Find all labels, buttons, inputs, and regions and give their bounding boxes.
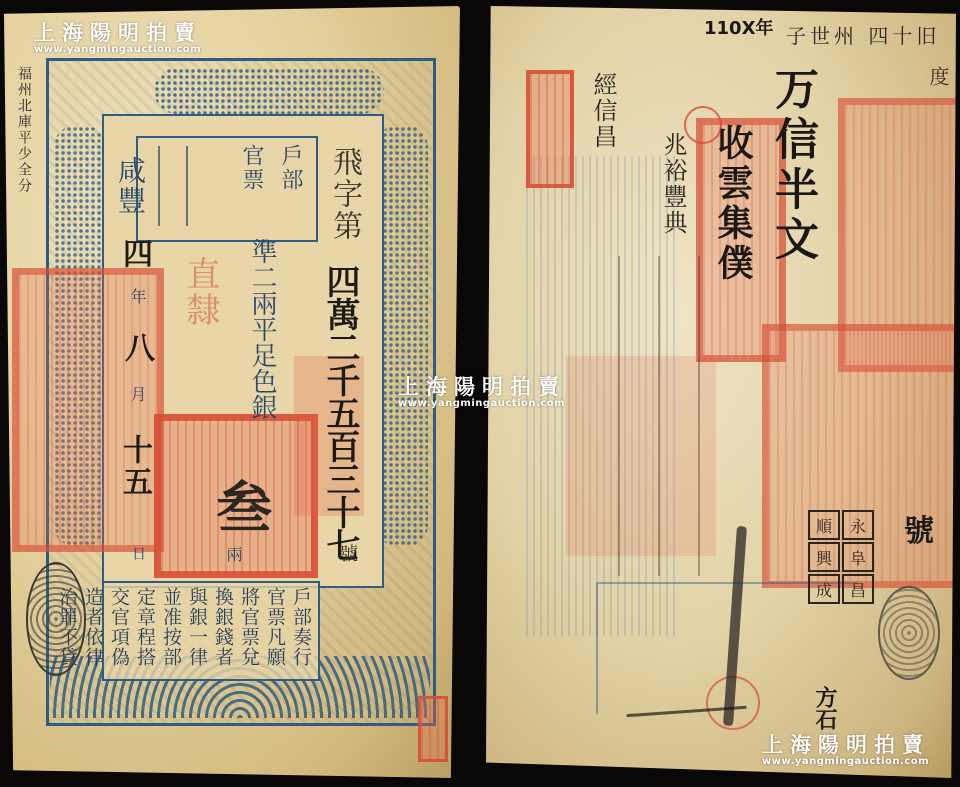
- left-note: 經信昌: [586, 72, 621, 150]
- edict-column: 戶部奏行: [288, 587, 314, 675]
- black-oval-seal-back: [878, 586, 940, 680]
- watermark-top-left: 上海陽明拍賣 www.yangmingauction.com: [34, 22, 202, 55]
- era-month: 八: [114, 332, 158, 364]
- stamp-char: 阜: [842, 542, 874, 572]
- edict-text-box: 戶部奏行 官票凡願 將官票兌 換銀錢者 與銀一律 並准按部 定章程搭 交官項偽 …: [102, 581, 320, 681]
- edict-column: 與銀一律: [184, 587, 210, 675]
- side-margin-note: 福州北庫平少全分: [14, 66, 34, 194]
- stamp-char: 順: [808, 510, 840, 540]
- era-year-unit: 年: [126, 288, 149, 306]
- province-stamp: 直隸: [176, 256, 225, 328]
- watermark-url: www.yangmingauction.com: [398, 399, 566, 409]
- black-oval-seal: [26, 562, 86, 676]
- stamp-char: 永: [842, 510, 874, 540]
- bottom-signature: 方石: [810, 686, 841, 730]
- watermark-name: 上海陽明拍賣: [762, 734, 930, 755]
- era-year: 四: [112, 238, 156, 270]
- banknote-front: 福州北庫平少全分 戶部 官票 飛字第 四萬二千五百三十七 號 咸豐 四 年 八 …: [4, 6, 460, 778]
- era-month-unit: 月: [126, 386, 149, 404]
- red-seal-back-left: [526, 70, 574, 188]
- denomination: 叁: [200, 478, 280, 536]
- dragon-motif-top: [154, 68, 384, 114]
- era-day-unit: 日: [128, 546, 148, 562]
- faded-script-columns: [596, 256, 716, 576]
- stamp-char: 昌: [842, 574, 874, 604]
- watermark-name: 上海陽明拍賣: [398, 376, 566, 397]
- watermark-url: www.yangmingauction.com: [762, 757, 930, 767]
- watermark-name: 上海陽明拍賣: [34, 22, 202, 43]
- stamp-char: 成: [808, 574, 840, 604]
- edict-column: 並准按部: [158, 587, 184, 675]
- title-line-2: 官票: [236, 144, 267, 192]
- serial-prefix: 飛字第: [322, 146, 366, 242]
- edict-column: 交官項偽: [106, 587, 132, 675]
- denomination-unit: 兩: [222, 546, 245, 564]
- reign-name: 咸豐: [110, 156, 150, 216]
- red-seal-corner: [418, 696, 448, 762]
- watermark-url: www.yangmingauction.com: [34, 45, 202, 55]
- edict-column: 將官票兌: [236, 587, 262, 675]
- edict-column: 定章程搭: [132, 587, 158, 675]
- top-right-note: 子世州 四十旧: [786, 20, 940, 49]
- serial-suffix: 號: [334, 544, 360, 564]
- watermark-bottom-right: 上海陽明拍賣 www.yangmingauction.com: [762, 734, 930, 767]
- stamp-char: 興: [808, 542, 840, 572]
- era-day: 十五: [112, 434, 156, 498]
- title-line-1: 戶部: [275, 144, 306, 192]
- center-note: 兆裕豐典: [656, 132, 691, 236]
- edict-column: 官票凡願: [262, 587, 288, 675]
- watermark-center: 上海陽明拍賣 www.yangmingauction.com: [398, 376, 566, 409]
- top-numbers: 110X年: [704, 14, 773, 40]
- merchant-stamp-grid: 永 順 阜 興 昌 成: [808, 510, 874, 604]
- red-seal-left: [12, 268, 164, 552]
- value-line: 準二兩平足色銀: [244, 238, 281, 420]
- edict-column: 換銀錢者: [210, 587, 236, 675]
- seal-char: 號: [904, 506, 934, 550]
